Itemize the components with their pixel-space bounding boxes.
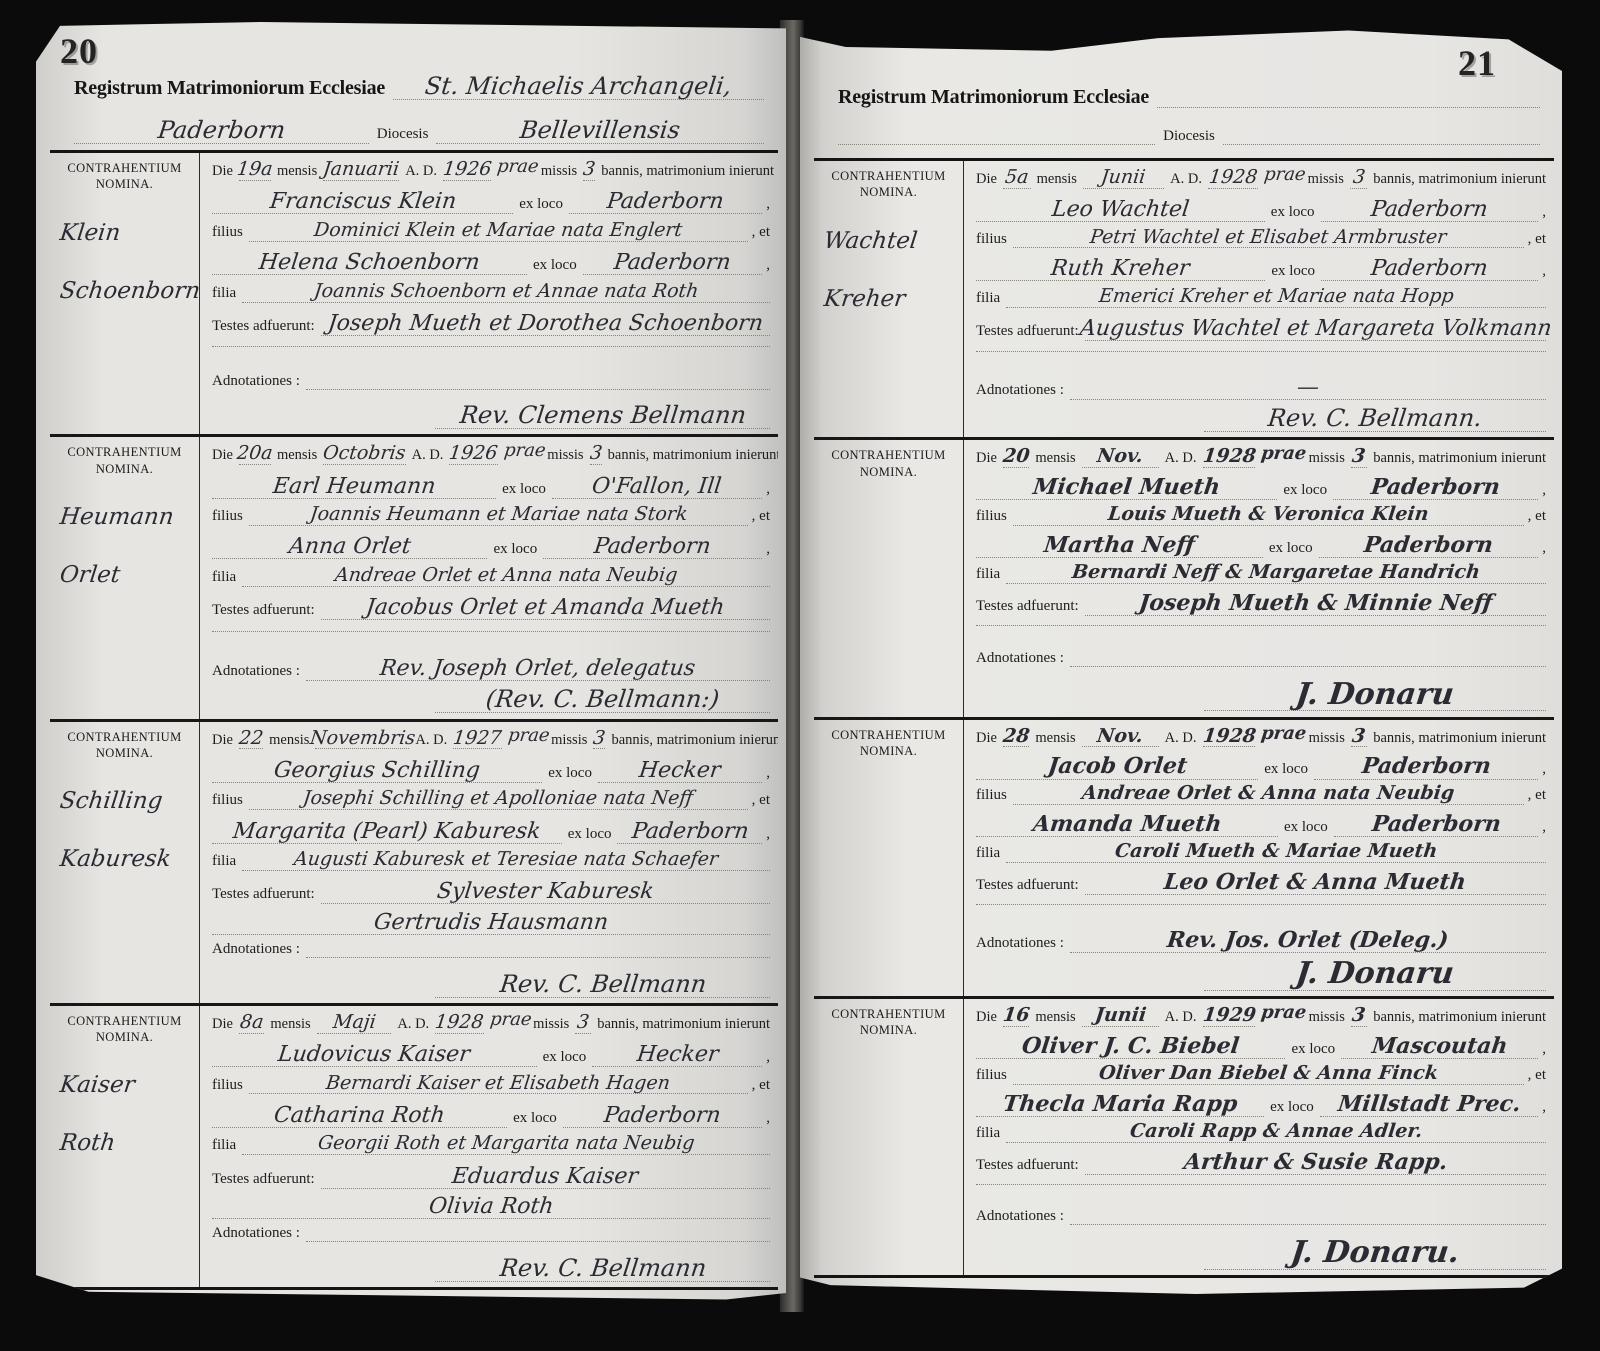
bride-parents-blank: Bernardi Neff & Margaretae Handrich — [1006, 563, 1546, 584]
year-value: 1928 — [1201, 727, 1256, 747]
bride-name: Martha Neff — [1043, 534, 1196, 557]
year-blank: 1926 — [443, 160, 491, 181]
missis-label: missis — [541, 163, 577, 180]
bride-parents-row: filia Augusti Kaburesk et Teresiae nata … — [212, 850, 770, 874]
ex-loco-label: ex loco — [1269, 540, 1313, 557]
marriage-entry: CONTRAHENTIUM NOMINA. Die 28 mensis Nov.… — [814, 720, 1554, 999]
priest-signature: J. Donaru. — [1289, 1237, 1461, 1269]
witnesses: Sylvester Kaburesk — [436, 880, 655, 903]
witnesses-row: Testes adfuerunt: Joseph Mueth et Doroth… — [212, 312, 770, 336]
diocesis-label: Diocesis — [377, 126, 429, 143]
witnesses-row-2: Gertrudis Hausmann — [212, 911, 770, 935]
day-blank: 22 — [239, 729, 263, 750]
comma-label: , — [1542, 761, 1546, 778]
adnotationes-label: Adnotationes : — [976, 650, 1064, 667]
month-value: Maji — [331, 1013, 376, 1033]
contrahentium-column: CONTRAHENTIUM NOMINA. — [814, 440, 964, 716]
month-blank: Novembris — [315, 729, 409, 750]
bride-parents-row: filia Caroli Rapp & Annae Adler. — [976, 1122, 1546, 1146]
bride-row: Ruth Kreher ex loco Paderborn , — [976, 257, 1546, 281]
filia-label: filia — [212, 285, 236, 302]
groom-name: Earl Heumann — [271, 475, 436, 498]
die-label: Die — [976, 730, 997, 747]
testes-label: Testes adfuerunt: — [976, 598, 1079, 615]
month-value: Nov. — [1096, 727, 1144, 747]
witnesses: Augustus Wachtel et Margareta Volkmann — [1078, 317, 1552, 340]
witnesses-row-2: Olivia Roth — [212, 1195, 770, 1219]
register-title: Registrum Matrimoniorum Ecclesiae — [838, 86, 1149, 109]
comma-label: , — [766, 481, 770, 498]
ex-loco-label: ex loco — [1271, 263, 1315, 280]
day-value: 19a — [236, 160, 274, 180]
bride-loco: Paderborn — [613, 251, 732, 274]
testes-label: Testes adfuerunt: — [976, 323, 1079, 340]
nomina-label: NOMINA. — [50, 1029, 199, 1045]
witnesses: Eduardus Kaiser — [451, 1165, 640, 1188]
et-label: , et — [1528, 231, 1546, 248]
date-row: Die 22 mensis Novembris A. D. 1927 praem… — [212, 729, 770, 753]
comma-label: , — [1542, 819, 1546, 836]
bannis-label: bannis, matrimonium inierunt — [611, 732, 778, 749]
signature-row: (Rev. C. Bellmann:) — [212, 687, 770, 713]
bannis-label: bannis, matrimonium inierunt — [601, 163, 774, 180]
priest-signature: Rev. C. Bellmann. — [1267, 406, 1484, 431]
banns-blank: 3 — [1350, 168, 1367, 189]
bride-blank: Catharina Roth — [212, 1104, 507, 1128]
et-label: , et — [1528, 508, 1546, 525]
bride-row: Thecla Maria Rapp ex loco Millstadt Prec… — [976, 1093, 1546, 1117]
ex-loco-label: ex loco — [502, 481, 546, 498]
groom-loco: Paderborn — [1370, 198, 1489, 221]
groom-row: Ludovicus Kaiser ex loco Hecker , — [212, 1043, 770, 1067]
day-value: 5a — [1004, 168, 1030, 188]
church-name-blank — [1157, 103, 1540, 108]
contrahentium-label: CONTRAHENTIUM — [50, 160, 199, 176]
witnesses-row-2 — [976, 900, 1546, 924]
signature-blank: Rev. C. Bellmann. — [1204, 406, 1546, 432]
groom-row: Earl Heumann ex loco O'Fallon, Ill , — [212, 475, 770, 499]
nomina-label: NOMINA. — [814, 1022, 963, 1038]
month-value: Nov. — [1096, 447, 1144, 467]
month-value: Junii — [1093, 1006, 1147, 1026]
groom-row: Michael Mueth ex loco Paderborn , — [976, 476, 1546, 500]
comma-label: , — [1542, 263, 1546, 280]
groom-blank: Leo Wachtel — [976, 198, 1265, 222]
adnotationes-label: Adnotationes : — [212, 663, 300, 680]
witnesses2-blank — [212, 627, 770, 632]
bride-row: Catharina Roth ex loco Paderborn , — [212, 1104, 770, 1128]
priest-signature: Rev. Clemens Bellmann — [458, 403, 747, 428]
entry-body: Die 22 mensis Novembris A. D. 1927 praem… — [200, 722, 778, 1003]
day-blank: 20a — [239, 444, 271, 465]
ex-loco-label: ex loco — [543, 1049, 587, 1066]
bride-parents: Caroli Mueth & Mariae Mueth — [1114, 842, 1439, 862]
bannis-label: bannis, matrimonium inierunt — [597, 1016, 770, 1033]
diocesis-label: Diocesis — [1163, 128, 1215, 145]
adnotationes-blank — [306, 385, 770, 390]
groom-parents: Joannis Heumann et Mariae nata Stork — [308, 505, 688, 525]
comma-label: , — [1542, 1099, 1546, 1116]
groom-loco: Hecker — [635, 1043, 719, 1066]
church-name: St. Michaelis Archangeli, — [424, 74, 733, 99]
groom-row: Oliver J. C. Biebel ex loco Mascoutah , — [976, 1035, 1546, 1059]
bride-name: Thecla Maria Rapp — [1001, 1093, 1238, 1116]
mensis-label: mensis — [1035, 1009, 1075, 1026]
signature-row: J. Donaru — [976, 958, 1546, 991]
page-number: 20 — [60, 30, 98, 72]
contrahentium-label: CONTRAHENTIUM — [814, 168, 963, 184]
anno-label: A. D. — [1165, 730, 1197, 747]
prae-handwritten: prae — [1260, 445, 1308, 464]
witnesses-row: Testes adfuerunt: Leo Orlet & Anna Mueth — [976, 871, 1546, 895]
groom-loco-blank: Hecker — [592, 1043, 762, 1067]
ex-loco-label: ex loco — [548, 765, 592, 782]
contrahentium-label: CONTRAHENTIUM — [50, 1013, 199, 1029]
bride-surname: Schoenborn — [59, 279, 202, 303]
bride-parents: Bernardi Neff & Margaretae Handrich — [1071, 563, 1481, 583]
witnesses-row: Testes adfuerunt: Augustus Wachtel et Ma… — [976, 317, 1546, 341]
contrahentium-column: CONTRAHENTIUM NOMINA. Kaiser Roth — [50, 1006, 200, 1287]
day-blank: 19a — [239, 160, 271, 181]
bride-row: Amanda Mueth ex loco Paderborn , — [976, 813, 1546, 837]
adnotationes-row: Adnotationes : Rev. Jos. Orlet (Deleg.) — [976, 929, 1546, 953]
day-value: 20a — [236, 444, 274, 464]
adnotationes-label: Adnotationes : — [212, 941, 300, 958]
filius-label: filius — [976, 787, 1007, 804]
die-label: Die — [212, 163, 233, 180]
filia-label: filia — [212, 853, 236, 870]
anno-label: A. D. — [405, 163, 437, 180]
entry-body: Die 19a mensis Januarii A. D. 1926 praem… — [200, 153, 778, 434]
bride-parents-row: filia Emerici Kreher et Mariae nata Hopp — [976, 287, 1546, 311]
signature-row: J. Donaru — [976, 679, 1546, 712]
groom-parents: Petri Wachtel et Elisabet Armbruster — [1089, 228, 1448, 248]
marriage-entry: CONTRAHENTIUM NOMINA. Die 20 mensis Nov.… — [814, 440, 1554, 719]
year-blank: 1928 — [1203, 447, 1256, 468]
mensis-label: mensis — [269, 732, 309, 749]
bride-loco: Paderborn — [630, 820, 749, 843]
adnotationes-row: Adnotationes : — [212, 1225, 770, 1249]
ex-loco-label: ex loco — [1291, 1041, 1335, 1058]
prae-handwritten: prae — [503, 442, 547, 461]
filius-label: filius — [976, 231, 1007, 248]
banns-blank: 3 — [1351, 447, 1367, 468]
year-value: 1929 — [1201, 1006, 1256, 1026]
witnesses-row: Testes adfuerunt: Arthur & Susie Rapp. — [976, 1151, 1546, 1175]
witnesses: Arthur & Susie Rapp. — [1182, 1151, 1448, 1174]
year-blank: 1928 — [435, 1013, 483, 1034]
groom-loco: Mascoutah — [1371, 1035, 1509, 1058]
nomina-label: NOMINA. — [814, 464, 963, 480]
entries-table: CONTRAHENTIUM NOMINA. Wachtel Kreher Die… — [814, 158, 1554, 1278]
entries-table: CONTRAHENTIUM NOMINA. Klein Schoenborn D… — [50, 150, 778, 1290]
day-blank: 8a — [239, 1013, 264, 1034]
ex-loco-label: ex loco — [1264, 761, 1308, 778]
month-blank: Januarii — [323, 160, 399, 181]
adnotatio: Rev. Joseph Orlet, delegatus — [379, 657, 697, 680]
filius-label: filius — [212, 224, 243, 241]
groom-blank: Oliver J. C. Biebel — [976, 1035, 1285, 1059]
groom-name: Michael Mueth — [1032, 476, 1222, 499]
bride-parents-row: filia Bernardi Neff & Margaretae Handric… — [976, 563, 1546, 587]
bride-loco: Millstadt Prec. — [1336, 1093, 1521, 1116]
signature-row: Rev. Clemens Bellmann — [212, 403, 770, 429]
groom-parents-blank: Joannis Heumann et Mariae nata Stork — [249, 505, 748, 526]
groom-surname: Klein — [59, 221, 122, 245]
bride-row: Anna Orlet ex loco Paderborn , — [212, 535, 770, 559]
missis-label: missis — [1309, 730, 1345, 747]
groom-loco: Hecker — [638, 759, 722, 782]
groom-parents: Oliver Dan Biebel & Anna Finck — [1098, 1064, 1439, 1084]
filius-label: filius — [976, 508, 1007, 525]
ex-loco-label: ex loco — [1271, 204, 1315, 221]
marriage-entry: CONTRAHENTIUM NOMINA. Die 16 mensis Juni… — [814, 999, 1554, 1275]
nomina-label: NOMINA. — [814, 184, 963, 200]
priest-signature: J. Donaru — [1294, 679, 1456, 711]
bride-surname: Kreher — [823, 287, 907, 311]
groom-parents-blank: Dominici Klein et Mariae nata Englert — [249, 221, 748, 242]
entry-body: Die 20a mensis Octobris A. D. 1926 praem… — [200, 437, 778, 718]
nomina-label: NOMINA. — [50, 176, 199, 192]
adnotationes-blank — [1070, 1220, 1546, 1225]
bride-loco: Paderborn — [1370, 257, 1489, 280]
witnesses2-blank — [976, 1180, 1546, 1185]
date-row: Die 20 mensis Nov. A. D. 1928 praemissis… — [976, 447, 1546, 471]
adnotationes-label: Adnotationes : — [212, 1225, 300, 1242]
signature-blank: J. Donaru — [1204, 958, 1546, 991]
comma-label: , — [766, 1110, 770, 1127]
entry-body: Die 5a mensis Junii A. D. 1928 praemissi… — [964, 161, 1554, 437]
diocese-name-blank: Bellevillensis — [436, 118, 764, 144]
testes-label: Testes adfuerunt: — [976, 1157, 1079, 1174]
year-blank: 1928 — [1208, 168, 1258, 189]
month-value: Junii — [1100, 168, 1147, 188]
filius-label: filius — [212, 508, 243, 525]
month-blank: Octobris — [323, 444, 405, 465]
witnesses2-blank — [976, 900, 1546, 905]
month-blank: Junii — [1082, 1006, 1159, 1027]
groom-name: Georgius Schilling — [273, 759, 482, 782]
church-place-blank: Paderborn — [74, 118, 369, 144]
witnesses-blank: Jacobus Orlet et Amanda Mueth — [321, 596, 770, 620]
groom-parents: Josephi Schilling et Apolloniae nata Nef… — [302, 789, 694, 809]
groom-parents: Andreae Orlet & Anna nata Neubig — [1081, 784, 1456, 804]
marriage-entry: CONTRAHENTIUM NOMINA. Heumann Orlet Die … — [50, 437, 778, 721]
bride-loco-blank: Paderborn — [1319, 534, 1539, 558]
date-row: Die 5a mensis Junii A. D. 1928 praemissi… — [976, 168, 1546, 192]
groom-parents-blank: Louis Mueth & Veronica Klein — [1013, 505, 1524, 526]
groom-loco-blank: Paderborn — [569, 190, 762, 214]
bride-loco-blank: Paderborn — [563, 1104, 762, 1128]
comma-label: , — [766, 765, 770, 782]
groom-blank: Earl Heumann — [212, 475, 496, 499]
banns-count: 3 — [576, 1013, 591, 1033]
contrahentium-label: CONTRAHENTIUM — [814, 727, 963, 743]
bride-parents: Joannis Schoenborn et Annae nata Roth — [313, 282, 700, 302]
contrahentium-column: CONTRAHENTIUM NOMINA. Klein Schoenborn — [50, 153, 200, 434]
groom-blank: Michael Mueth — [976, 476, 1277, 500]
adnotationes-row: Adnotationes : — [976, 650, 1546, 674]
groom-blank: Ludovicus Kaiser — [212, 1043, 537, 1067]
banns-count: 3 — [1351, 727, 1367, 747]
ex-loco-label: ex loco — [519, 196, 563, 213]
groom-surname: Wachtel — [823, 229, 919, 253]
bride-parents-row: filia Joannis Schoenborn et Annae nata R… — [212, 282, 770, 306]
year-value: 1926 — [442, 160, 493, 180]
witnesses-row-2 — [976, 621, 1546, 645]
bride-parents-row: filia Caroli Mueth & Mariae Mueth — [976, 842, 1546, 866]
bride-parents: Emerici Kreher et Mariae nata Hopp — [1098, 287, 1455, 307]
groom-parents-row: filius Andreae Orlet & Anna nata Neubig … — [976, 784, 1546, 808]
priest-signature: (Rev. C. Bellmann:) — [485, 687, 721, 712]
groom-loco-blank: Paderborn — [1333, 476, 1538, 500]
adnotationes-label: Adnotationes : — [976, 382, 1064, 399]
bride-parents-row: filia Georgii Roth et Margarita nata Neu… — [212, 1134, 770, 1158]
groom-row: Franciscus Klein ex loco Paderborn , — [212, 190, 770, 214]
priest-signature: Rev. C. Bellmann — [498, 1256, 707, 1281]
groom-surname: Schilling — [59, 789, 164, 813]
month-blank: Junii — [1083, 168, 1164, 189]
filia-label: filia — [976, 845, 1000, 862]
bride-blank: Amanda Mueth — [976, 813, 1278, 837]
anno-label: A. D. — [1165, 1009, 1197, 1026]
year-blank: 1926 — [449, 444, 497, 465]
bride-name: Anna Orlet — [287, 535, 412, 558]
witnesses-blank: Eduardus Kaiser — [321, 1165, 770, 1189]
witnesses-2: Olivia Roth — [427, 1195, 554, 1218]
bannis-label: bannis, matrimonium inierunt — [1373, 730, 1546, 747]
witnesses: Jacobus Orlet et Amanda Mueth — [365, 596, 726, 619]
ex-loco-label: ex loco — [513, 1110, 557, 1127]
witnesses2-blank — [212, 342, 770, 347]
witnesses-row-2 — [976, 1180, 1546, 1204]
bride-loco-blank: Paderborn — [1334, 813, 1539, 837]
bride-parents-blank: Caroli Rapp & Annae Adler. — [1006, 1122, 1546, 1143]
entry-body: Die 8a mensis Maji A. D. 1928 praemissis… — [200, 1006, 778, 1287]
bride-loco-blank: Paderborn — [617, 820, 762, 844]
register-title-line: Registrum Matrimoniorum Ecclesiae St. Mi… — [74, 74, 764, 100]
bride-loco: Paderborn — [593, 535, 712, 558]
month-blank: Nov. — [1082, 447, 1159, 468]
witnesses-blank: Arthur & Susie Rapp. — [1085, 1151, 1546, 1175]
anno-label: A. D. — [415, 732, 447, 749]
testes-label: Testes adfuerunt: — [976, 877, 1079, 894]
witnesses: Leo Orlet & Anna Mueth — [1163, 871, 1468, 894]
day-blank: 5a — [1003, 168, 1031, 189]
bannis-label: bannis, matrimonium inierunt — [1373, 171, 1546, 188]
signature-row: Rev. C. Bellmann — [212, 972, 770, 998]
banns-blank: 3 — [1351, 1006, 1367, 1027]
bride-parents-row: filia Andreae Orlet et Anna nata Neubig — [212, 566, 770, 590]
bride-loco-blank: Millstadt Prec. — [1320, 1093, 1538, 1117]
prae-handwritten: prae — [488, 1011, 532, 1030]
contrahentium-column: CONTRAHENTIUM NOMINA. Schilling Kaburesk — [50, 722, 200, 1003]
groom-parents-row: filius Oliver Dan Biebel & Anna Finck , … — [976, 1064, 1546, 1088]
missis-label: missis — [533, 1016, 569, 1033]
bride-name: Ruth Kreher — [1050, 257, 1191, 280]
year-value: 1928 — [1208, 168, 1259, 188]
filia-label: filia — [212, 1137, 236, 1154]
filia-label: filia — [212, 569, 236, 586]
anno-label: A. D. — [397, 1016, 429, 1033]
witnesses-blank: Sylvester Kaburesk — [321, 880, 770, 904]
month-blank: Nov. — [1082, 727, 1159, 748]
groom-loco-blank: Mascoutah — [1341, 1035, 1538, 1059]
groom-blank: Jacob Orlet — [976, 755, 1258, 779]
bride-parents-blank: Andreae Orlet et Anna nata Neubig — [242, 566, 770, 587]
filia-label: filia — [976, 1125, 1000, 1142]
signature-row: J. Donaru. — [976, 1237, 1546, 1270]
marriage-entry: CONTRAHENTIUM NOMINA. Kaiser Roth Die 8a… — [50, 1006, 778, 1287]
contrahentium-label: CONTRAHENTIUM — [814, 447, 963, 463]
diocese-line: Paderborn Diocesis Bellevillensis — [74, 118, 764, 144]
groom-row: Jacob Orlet ex loco Paderborn , — [976, 755, 1546, 779]
prae-handwritten: prae — [496, 158, 540, 177]
comma-label: , — [766, 196, 770, 213]
bride-blank: Helena Schoenborn — [212, 251, 527, 275]
mensis-label: mensis — [1035, 730, 1075, 747]
mensis-label: mensis — [277, 163, 317, 180]
page-number: 21 — [1458, 42, 1496, 84]
bride-loco: Paderborn — [1363, 534, 1495, 557]
adnotationes-blank: Rev. Jos. Orlet (Deleg.) — [1070, 929, 1546, 953]
day-blank: 28 — [1003, 727, 1029, 748]
groom-parents-blank: Bernardi Kaiser et Elisabeth Hagen — [249, 1074, 748, 1095]
banns-blank: 3 — [1351, 727, 1367, 748]
groom-loco-blank: Hecker — [598, 759, 762, 783]
adnotatio: Rev. Jos. Orlet (Deleg.) — [1166, 929, 1450, 952]
bride-loco: Paderborn — [1370, 813, 1502, 836]
die-label: Die — [976, 171, 997, 188]
missis-label: missis — [1309, 450, 1345, 467]
nomina-label: NOMINA. — [50, 745, 199, 761]
marriage-entry: CONTRAHENTIUM NOMINA. Schilling Kaburesk… — [50, 722, 778, 1006]
month-value: Januarii — [322, 160, 400, 180]
priest-signature: J. Donaru — [1294, 958, 1456, 990]
groom-row: Leo Wachtel ex loco Paderborn , — [976, 198, 1546, 222]
year-value: 1927 — [452, 729, 503, 749]
signature-blank: Rev. C. Bellmann — [435, 1256, 770, 1282]
bride-parents: Caroli Rapp & Annae Adler. — [1129, 1122, 1424, 1142]
adnotatio: — — [1296, 376, 1321, 399]
marriage-entry: CONTRAHENTIUM NOMINA. Wachtel Kreher Die… — [814, 161, 1554, 440]
et-label: , et — [752, 508, 770, 525]
bride-parents-blank: Augusti Kaburesk et Teresiae nata Schaef… — [242, 850, 770, 871]
bride-parents: Georgii Roth et Margarita nata Neubig — [317, 1134, 696, 1154]
day-value: 16 — [1002, 1006, 1031, 1026]
testes-label: Testes adfuerunt: — [212, 886, 315, 903]
contrahentium-column: CONTRAHENTIUM NOMINA. Heumann Orlet — [50, 437, 200, 718]
missis-label: missis — [1309, 1009, 1345, 1026]
adnotationes-row: Adnotationes : — [212, 373, 770, 397]
et-label: , et — [1528, 1067, 1546, 1084]
adnotationes-row: Adnotationes : Rev. Joseph Orlet, delega… — [212, 657, 770, 681]
bride-parents-blank: Joannis Schoenborn et Annae nata Roth — [242, 282, 770, 303]
register-title-line: Registrum Matrimoniorum Ecclesiae — [838, 86, 1540, 109]
testes-label: Testes adfuerunt: — [212, 602, 315, 619]
banns-count: 3 — [588, 444, 603, 464]
register-page-right: 21 Registrum Matrimoniorum Ecclesiae Dio… — [800, 28, 1562, 1294]
signature-blank: J. Donaru. — [1204, 1237, 1546, 1270]
date-row: Die 16 mensis Junii A. D. 1929 praemissi… — [976, 1006, 1546, 1030]
witnesses-row-2 — [212, 342, 770, 366]
bride-blank: Margarita (Pearl) Kaburesk — [212, 820, 562, 844]
mensis-label: mensis — [270, 1016, 310, 1033]
witnesses-row: Testes adfuerunt: Joseph Mueth & Minnie … — [976, 592, 1546, 616]
nomina-label: NOMINA. — [814, 743, 963, 759]
contrahentium-column: CONTRAHENTIUM NOMINA. Wachtel Kreher — [814, 161, 964, 437]
testes-label: Testes adfuerunt: — [212, 1171, 315, 1188]
